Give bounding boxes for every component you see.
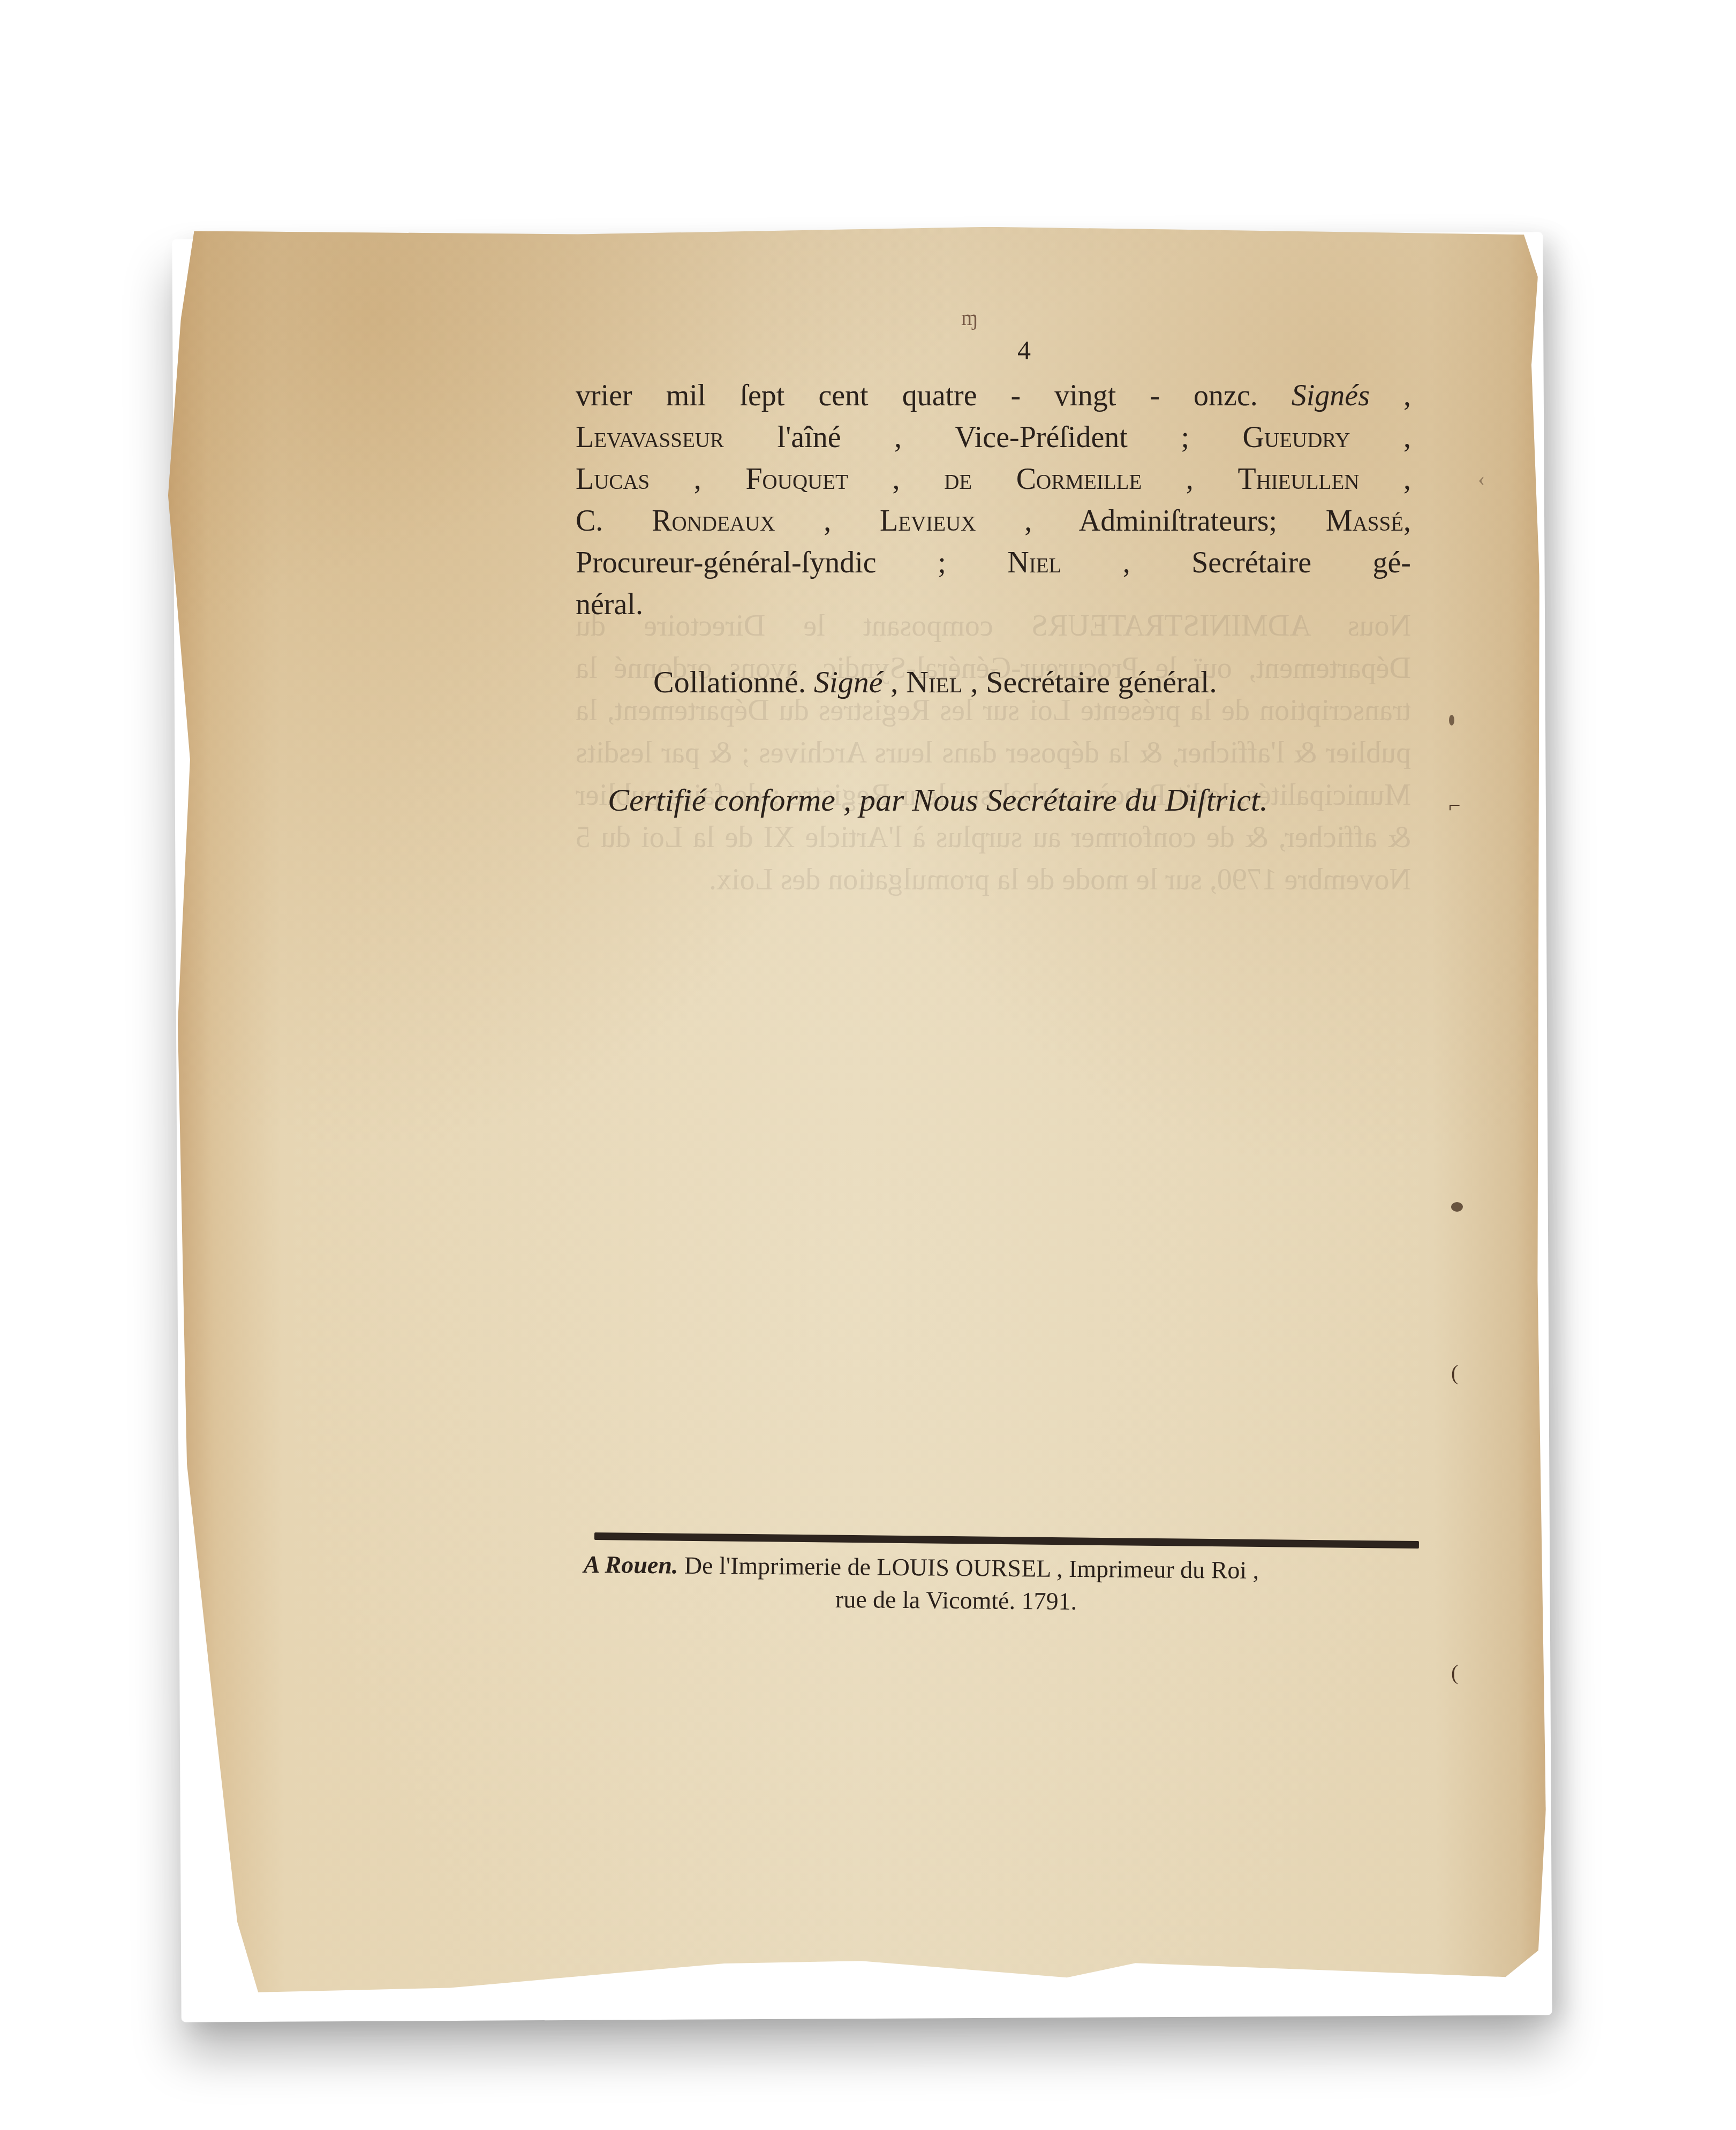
text-segment: ,: [848, 463, 944, 496]
signatory-name: Thieullen: [1237, 463, 1359, 496]
text-line: néral.: [576, 584, 1411, 625]
text-line: C. Rondeaux , Levieux , Adminiſtrateurs;…: [576, 500, 1411, 542]
foxing-spot: [1449, 715, 1454, 726]
signe-word: Signé: [814, 664, 883, 699]
text-segment: ,: [1370, 379, 1411, 412]
signatory-name: Levieux: [880, 504, 976, 538]
text-segment: ,: [650, 463, 745, 496]
text-segment: Signés: [1292, 379, 1370, 412]
signatory-name: Lucas: [576, 463, 650, 496]
text-segment: ,: [775, 504, 880, 538]
collationne-prefix: Collationné.: [653, 664, 814, 699]
certification-line: Certifié conforme , par Nous Secrétaire …: [608, 782, 1268, 819]
signatory-name: Levavasseur: [576, 421, 724, 454]
secretary-name: Niel: [906, 664, 963, 699]
page-number: 4: [1017, 335, 1031, 366]
margin-tick-mark: ‹: [1478, 466, 1485, 491]
text-line: vrier mil ſept cent quatre - vingt - onz…: [576, 375, 1411, 417]
signatory-name: C. Rondeaux: [576, 504, 775, 538]
collationne-line: Collationné. Signé , Niel , Secrétaire g…: [653, 664, 1217, 700]
imprint-line-2: rue de la Vicomté. 1791.: [835, 1585, 1077, 1615]
imprint-line-1: A Rouen. De l'Imprimerie de LOUIS OURSEL…: [584, 1550, 1259, 1584]
signatory-name: Niel: [1007, 546, 1061, 579]
foxing-spot: [1451, 1202, 1463, 1212]
imprint-place: A Rouen.: [584, 1551, 678, 1579]
margin-tick-mark: (: [1451, 1660, 1458, 1685]
signatory-name: Fouquet: [745, 463, 848, 496]
text-line: Levavasseur l'aîné , Vice-Préſident ; Gu…: [576, 417, 1411, 458]
signatory-name: de Cormeille: [944, 463, 1142, 496]
imprint-printer: De l'Imprimerie de LOUIS OURSEL , Imprim…: [678, 1552, 1259, 1584]
signatory-name: Gueudry: [1243, 421, 1350, 454]
margin-tick-mark: (: [1451, 1360, 1458, 1385]
signature-paragraph: vrier mil ſept cent quatre - vingt - onz…: [576, 375, 1411, 625]
handwritten-ink-mark: ɱ: [961, 305, 978, 330]
text-segment: néral.: [576, 588, 643, 621]
text-segment: ,: [1403, 504, 1411, 538]
text-segment: ,: [1350, 421, 1411, 454]
collationne-suffix: , Secrétaire général.: [963, 664, 1217, 699]
text-segment: , Adminiſtrateurs;: [976, 504, 1326, 538]
collationne-sep: ,: [883, 664, 907, 699]
text-segment: Procureur-général-ſyndic ;: [576, 546, 1007, 579]
text-line: Procureur-général-ſyndic ; Niel , Secrét…: [576, 542, 1411, 584]
text-line: Lucas , Fouquet , de Cormeille , Thieull…: [576, 458, 1411, 500]
text-segment: , Secrétaire gé-: [1061, 546, 1411, 579]
text-segment: l'aîné , Vice-Préſident ;: [724, 421, 1243, 454]
signatory-name: Massé: [1326, 504, 1403, 538]
text-segment: vrier mil ſept cent quatre - vingt - onz…: [576, 379, 1292, 412]
margin-tick-mark: ⌐: [1448, 792, 1461, 818]
text-segment: ,: [1359, 463, 1411, 496]
text-segment: ,: [1142, 463, 1237, 496]
